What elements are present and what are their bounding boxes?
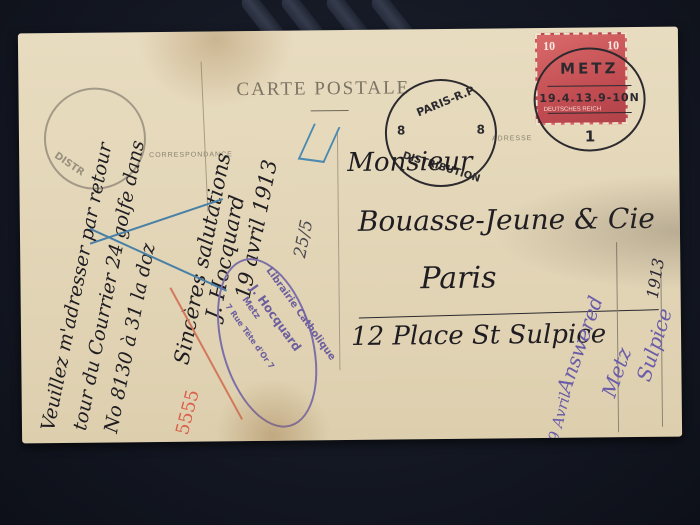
message-line: 25/5 bbox=[290, 218, 317, 259]
paris-postmark-right: 8 bbox=[476, 123, 485, 137]
faded-postmark-text: DISTR bbox=[52, 150, 86, 178]
paris-postmark-left: 8 bbox=[397, 123, 406, 137]
address-line-1: Monsieur bbox=[347, 147, 473, 178]
year-annotation: 1913 bbox=[643, 257, 668, 300]
violet-annotation: Metz bbox=[597, 344, 637, 400]
postmark-number: 1 bbox=[536, 127, 644, 146]
ruled-line bbox=[616, 242, 619, 432]
paris-postmark-top: PARIS-R.P bbox=[402, 78, 490, 125]
address-line-2: Bouasse-Jeune & Cie bbox=[358, 202, 655, 238]
postmark-date: 19.4.13.9-10N bbox=[536, 91, 644, 105]
center-divider bbox=[337, 130, 341, 370]
metz-postmark: METZ 19.4.13.9-10N 1 bbox=[533, 47, 646, 152]
violet-annotation: Sulpice bbox=[632, 305, 677, 384]
violet-annotation: 19 Avril bbox=[542, 391, 574, 444]
blue-pencil-mark bbox=[298, 124, 341, 163]
address-line-3: Paris bbox=[420, 260, 496, 296]
stamp-denomination-left: 10 bbox=[543, 39, 555, 54]
postcard-title: CARTE POSTALE bbox=[236, 77, 410, 101]
red-number: 5555 bbox=[172, 388, 204, 438]
address-label: ADRESSE bbox=[492, 135, 533, 142]
postmark-city: METZ bbox=[535, 59, 643, 78]
title-rule bbox=[311, 110, 349, 111]
address-underline bbox=[359, 309, 659, 318]
postcard: CARTE POSTALE CORRESPONDANCE ADRESSE DIS… bbox=[18, 27, 682, 444]
